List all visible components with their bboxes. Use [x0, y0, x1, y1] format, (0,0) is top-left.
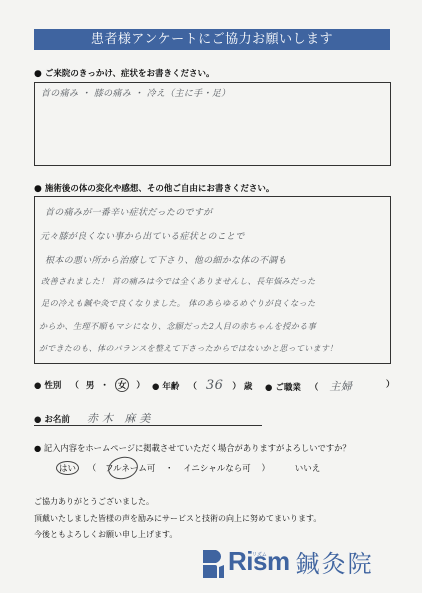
name-value[interactable]: 赤木 麻美: [87, 412, 155, 425]
paren-open: （: [88, 464, 97, 474]
paren-close: ）: [386, 378, 395, 390]
q2-answer-line: ができたのも、体のバランスを整えて下さったからではないかと思っています！: [39, 343, 337, 354]
q1-label-text: ご来院のきっかけ、症状をお書きください。: [45, 69, 215, 79]
age-value[interactable]: 36: [206, 378, 224, 393]
age-field: ● 年齢 （ 36 ） 歳: [152, 378, 252, 393]
clinic-logo: リズム Rism 鍼灸院: [203, 548, 374, 578]
occupation-label: ご職業: [275, 383, 301, 393]
footer-line: ご協力ありがとうございました。: [34, 496, 154, 507]
age-label: 年齢: [162, 382, 179, 392]
consent-yes-selected[interactable]: はい: [56, 461, 79, 475]
logo-wordmark: リズム Rism: [228, 548, 290, 578]
bullet-icon: ●: [34, 184, 42, 194]
occupation-value[interactable]: 主婦: [329, 380, 352, 393]
name-field: ● お名前 赤木 麻美: [34, 410, 154, 426]
consent-initial-option[interactable]: イニシャルなら可: [183, 464, 251, 474]
q2-answer-line: 元々膝が良くない事から出ている症状とのことで: [40, 229, 245, 242]
gender-option-male[interactable]: 男: [86, 381, 95, 391]
bullet-icon: ●: [34, 443, 41, 453]
paren-open: （: [70, 381, 79, 391]
bullet-icon: ●: [34, 415, 41, 425]
logo-suffix: 鍼灸院: [296, 550, 374, 578]
bullet-icon: ●: [265, 383, 272, 393]
separator: ・: [165, 464, 174, 474]
separator: ・: [100, 381, 109, 391]
q2-answer-line: 改善されました！ 首の痛みは今では全くありませんし、長年悩みだった: [41, 276, 316, 287]
paren-open: （: [188, 382, 197, 392]
q2-answer-line: 首の痛みが一番辛い症状だったのですが: [45, 205, 212, 218]
consent-no-option[interactable]: いいえ: [295, 464, 321, 474]
logo-ruby: リズム: [252, 542, 267, 568]
q2-answer-line: 根本の悪い所から治療して下さり、他の細かな体の不調も: [45, 253, 287, 266]
q1-answer-text: 首の痛み ・ 膝の痛み ・ 冷え（主に手・足）: [41, 86, 230, 99]
paren-close: ）: [136, 381, 145, 391]
survey-title-bar: 患者様アンケートにご協力お願いします: [34, 29, 390, 50]
paren-close: ）: [232, 382, 241, 392]
consent-question: ● 記入内容をホームページに掲載させていただく場合がありますがよろしいですか？: [34, 442, 351, 454]
age-unit: 歳: [244, 382, 253, 392]
consent-question-text: 記入内容をホームページに掲載させていただく場合がありますがよろしいですか？: [44, 443, 351, 453]
q2-label-text: 施術後の体の変化や感想、その他ご自由にお書きください。: [45, 184, 275, 194]
bullet-icon: ●: [34, 381, 41, 391]
gender-option-female-selected[interactable]: 女: [115, 378, 130, 392]
q2-answer-line: 足の冷えも鍼や灸で良くなりました。 体のあらゆるめぐりが良くなった: [41, 298, 316, 309]
q2-answer-box[interactable]: 首の痛みが一番辛い症状だったのですが 元々膝が良くない事から出ている症状とのこと…: [34, 196, 391, 364]
name-underline: [34, 425, 262, 426]
gender-field: ● 性別 （ 男 ・ 女 ）: [34, 378, 145, 392]
q2-label: ●施術後の体の変化や感想、その他ご自由にお書きください。: [34, 182, 274, 194]
occupation-field: ● ご職業 （ 主婦: [265, 378, 352, 394]
q1-answer-box[interactable]: 首の痛み ・ 膝の痛み ・ 冷え（主に手・足）: [34, 82, 391, 166]
footer-line: 今後ともよろしくお願い申し上げます。: [34, 529, 177, 540]
consent-options: はい （ フルネーム可 ・ イニシャルなら可 ） いいえ: [56, 461, 320, 475]
q2-answer-line: からか、生理不順もマシになり、念願だった2人目の赤ちゃんを授かる事: [39, 321, 316, 332]
bullet-icon: ●: [34, 69, 42, 79]
rism-logo-mark-icon: [203, 550, 225, 578]
q1-label: ●ご来院のきっかけ、症状をお書きください。: [34, 67, 215, 79]
paren-open: （: [310, 383, 319, 393]
footer-line: 頂戴いたしました皆様の声を励みにサービスと技術の向上に努めてまいります。: [34, 513, 321, 524]
fullname-circle-mark: [106, 454, 140, 482]
gender-label: 性別: [44, 381, 61, 391]
name-label: お名前: [44, 415, 70, 425]
bullet-icon: ●: [152, 382, 159, 392]
paren-close: ）: [261, 464, 270, 474]
